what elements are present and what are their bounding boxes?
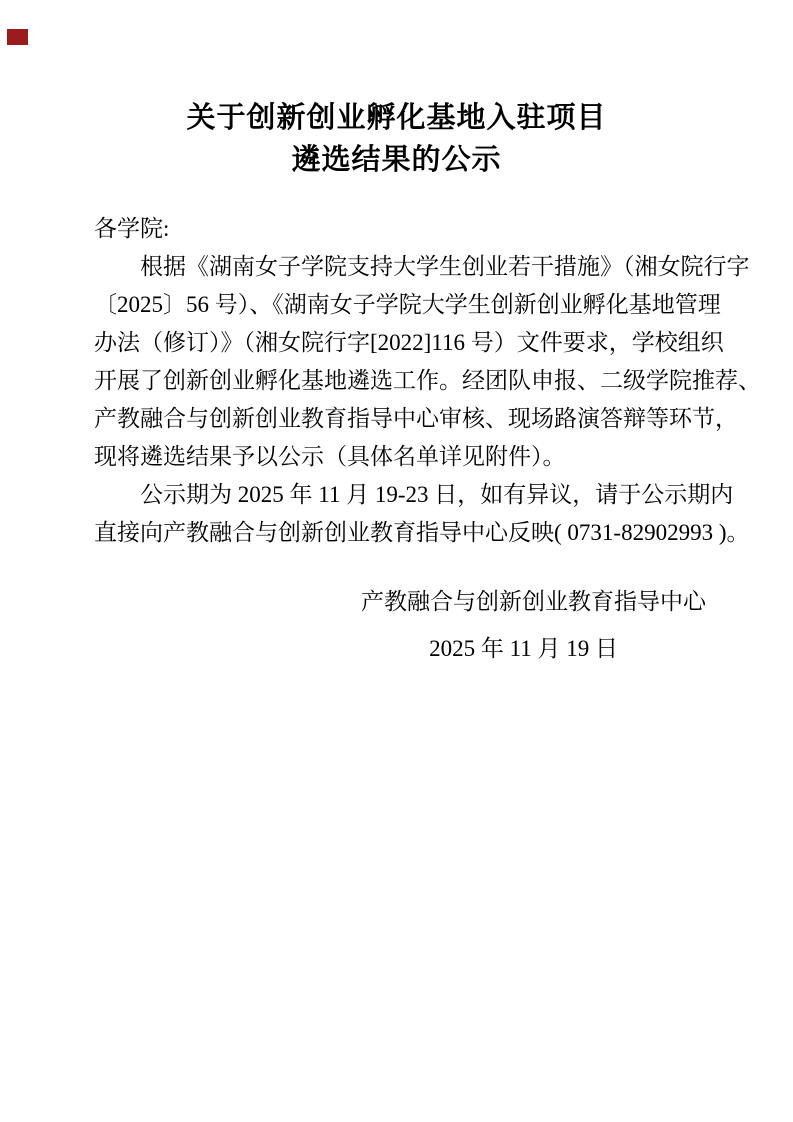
body-line: 〔2025〕56 号）、《湖南女子学院大学生创新创业孵化基地管理 — [94, 286, 774, 324]
signature-org: 产教融合与创新创业教育指导中心 — [361, 589, 706, 615]
document-body: 各学院: 根据《湖南女子学院支持大学生创业若干措施》（湘女院行字 〔2025〕5… — [94, 210, 774, 552]
document-page: 关于创新创业孵化基地入驻项目 遴选结果的公示 各学院: 根据《湖南女子学院支持大… — [0, 0, 793, 1122]
document-title-line-1: 关于创新创业孵化基地入驻项目 — [0, 97, 793, 139]
document-title: 关于创新创业孵化基地入驻项目 遴选结果的公示 — [0, 97, 793, 181]
signature-date: 2025 年 11 月 19 日 — [429, 636, 618, 662]
red-mark — [7, 29, 28, 45]
body-line: 公示期为 2025 年 11 月 19-23 日，如有异议，请于公示期内 — [94, 476, 774, 514]
body-line: 现将遴选结果予以公示（具体名单详见附件）。 — [94, 438, 774, 476]
body-line: 开展了创新创业孵化基地遴选工作。经团队申报、二级学院推荐、 — [94, 362, 774, 400]
salutation-line: 各学院: — [94, 210, 774, 248]
body-line: 根据《湖南女子学院支持大学生创业若干措施》（湘女院行字 — [94, 248, 774, 286]
body-line: 直接向产教融合与创新创业教育指导中心反映( 0731-82902993 )。 — [94, 514, 774, 552]
body-line: 办法（修订）》（湘女院行字[2022]116 号）文件要求，学校组织 — [94, 324, 774, 362]
document-title-line-2: 遴选结果的公示 — [0, 139, 793, 181]
body-line: 产教融合与创新创业教育指导中心审核、现场路演答辩等环节， — [94, 400, 774, 438]
